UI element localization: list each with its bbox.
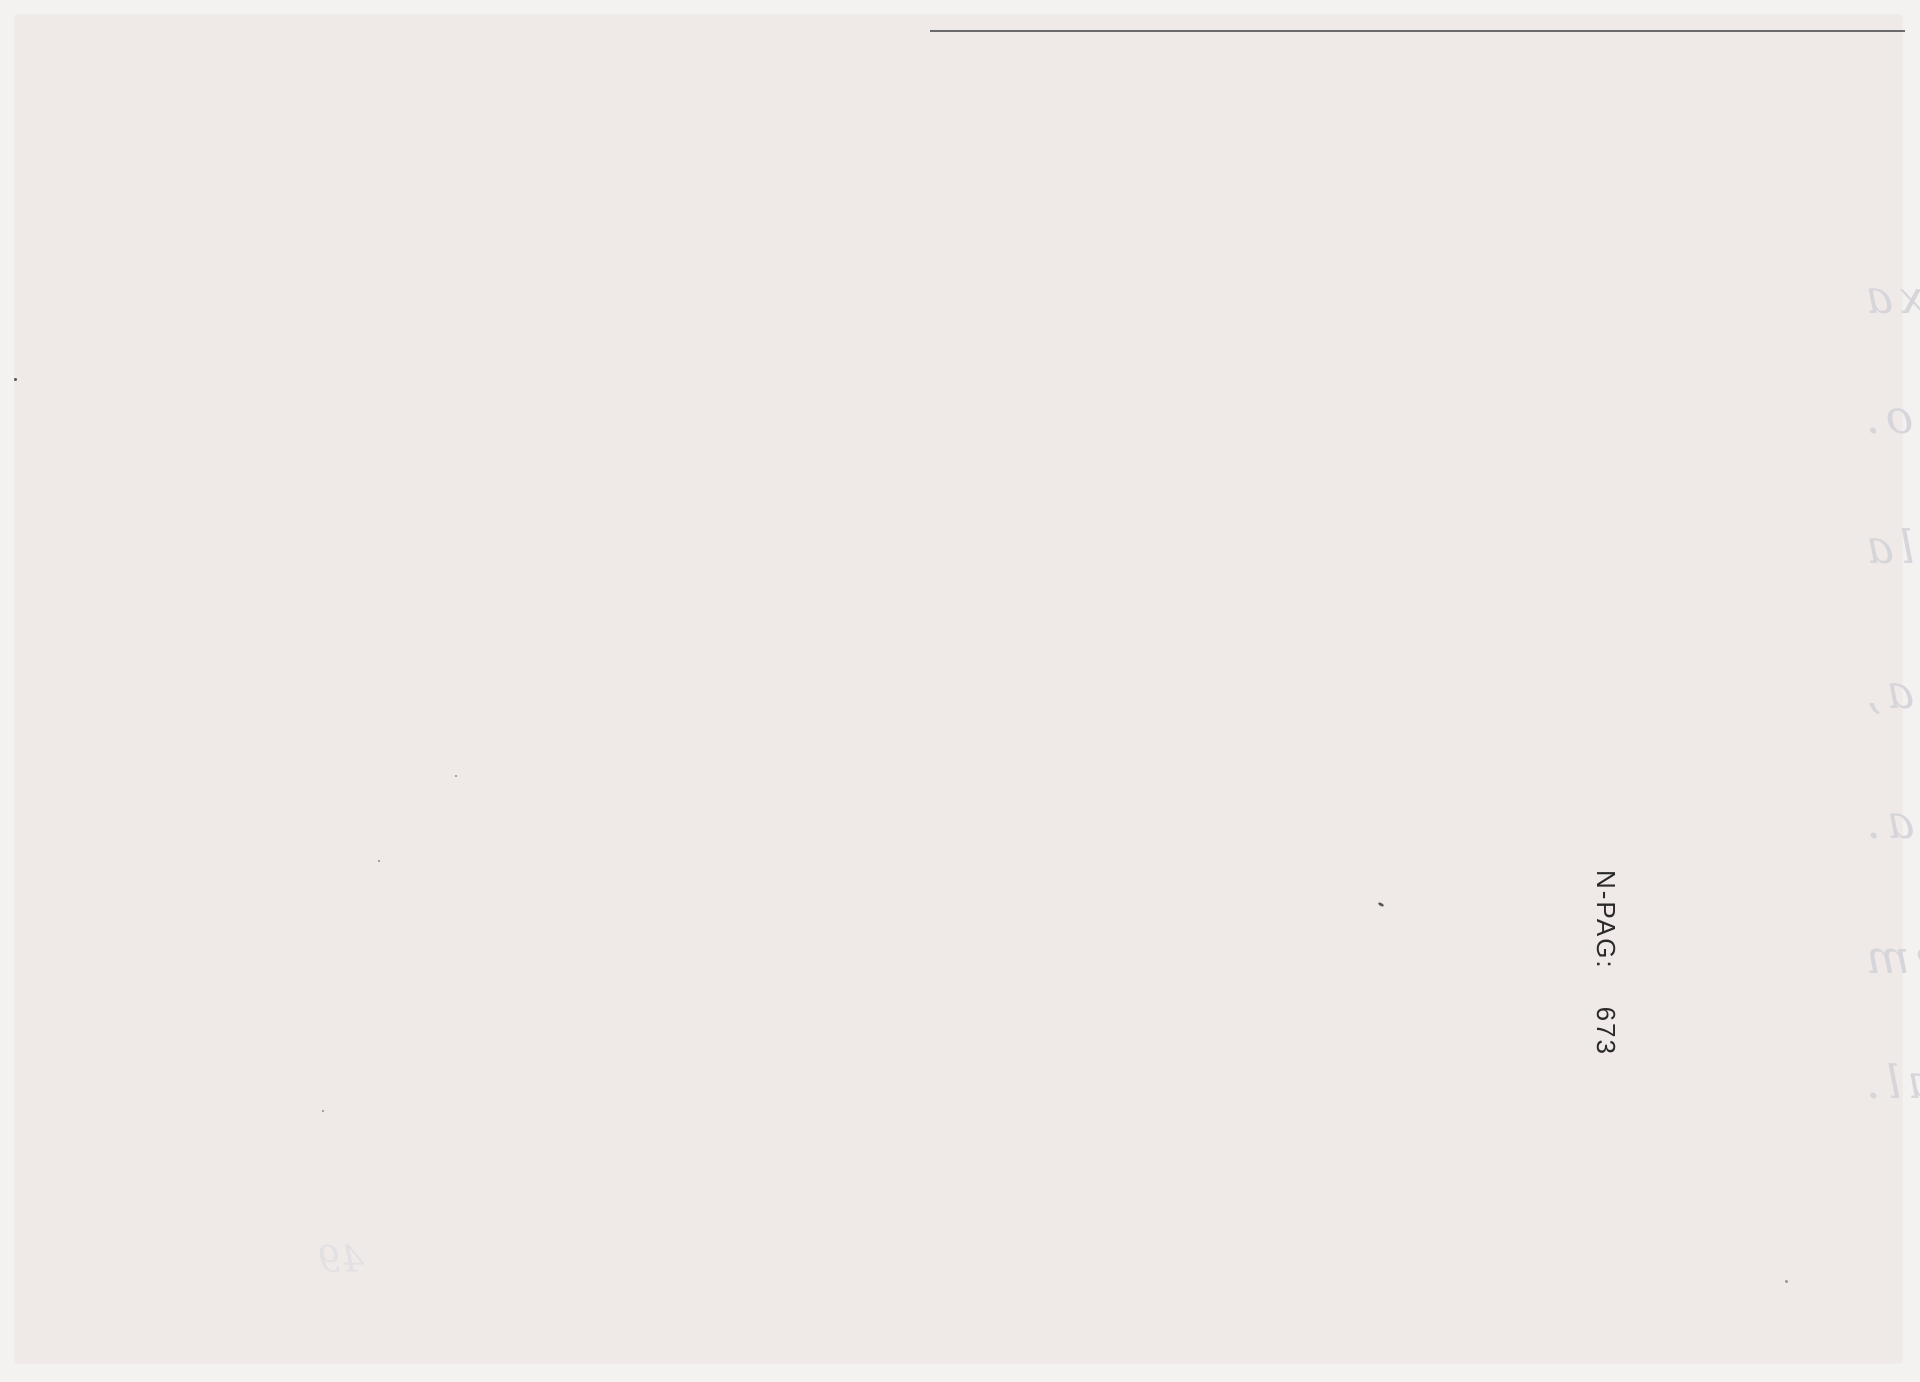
paper-speck [455, 775, 457, 777]
handwritten-text-block: Si no en volete de la matèria mateixa ni… [560, 270, 1860, 1130]
handwritten-line: Si no en volete de la matèria mateixa [1860, 270, 1920, 324]
paper-speck [378, 860, 380, 862]
stamp-label: N-PAG: [1591, 870, 1621, 970]
handwritten-line: ni perquè encara no se t'ha acompanyat d… [1860, 390, 1920, 444]
handwritten-line: amb una bona de regal. [1860, 1055, 1920, 1109]
top-edge-line [930, 30, 1905, 32]
handwritten-line: però no et van ensenyar res de la vida m… [1860, 795, 1920, 849]
handwritten-line: I sap per què? Doncs perquè a l'escola [1860, 520, 1920, 574]
handwritten-line: et van ensenyar per guanyar-te la vida, [1860, 665, 1920, 719]
faint-page-number: 49 [318, 1240, 364, 1281]
paper-speck [1785, 1280, 1788, 1283]
handwritten-line: Continuem endavant i cada dia ens obligu… [1860, 930, 1920, 984]
archive-stamp: N-PAG: 673 [1590, 870, 1621, 1056]
stamp-value: 673 [1591, 1007, 1621, 1056]
paper-speck [14, 378, 17, 381]
paper-speck [322, 1110, 324, 1112]
